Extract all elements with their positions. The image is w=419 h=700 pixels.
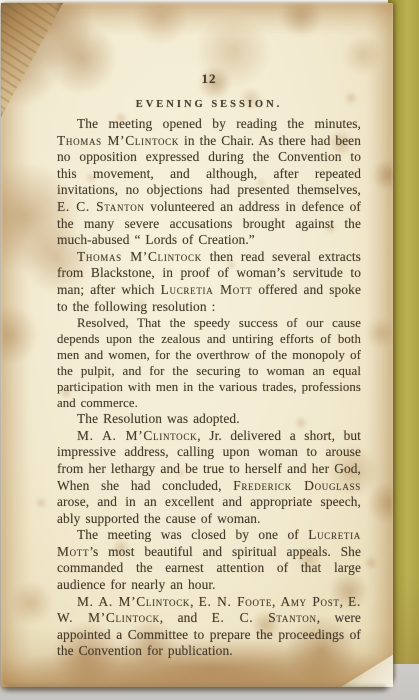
page-bottom-shadow xyxy=(6,686,386,691)
text-segment: The Resolution was adopted. xyxy=(77,411,240,426)
person-name: Lucretia Mott xyxy=(161,282,253,297)
paragraph: Resolved, That the speedy success of our… xyxy=(57,315,361,411)
text-segment: arose, and in an excellent and appropria… xyxy=(57,494,361,526)
person-name: Frederick Douglass xyxy=(233,478,361,493)
paragraph: Thomas M’Clintock then read several extr… xyxy=(57,249,361,315)
person-name: M. A. M’Clintock xyxy=(77,594,190,609)
paragraph: The meeting opened by reading the minute… xyxy=(57,116,361,249)
text-segment: Resolved, That the speedy success of our… xyxy=(57,316,361,410)
person-name: M. A. M’Clintock xyxy=(77,428,197,443)
paragraph: The meeting was closed by one of Lucreti… xyxy=(57,527,361,593)
person-name: E. C. Stanton xyxy=(57,199,145,214)
person-name: E. C. Stanton xyxy=(212,610,317,625)
person-name: E. N. Foote xyxy=(199,594,272,609)
text-segment: ’s most beautiful and spiritual appeals.… xyxy=(57,544,361,592)
book-page: 12 EVENING SESSION. The meeting opened b… xyxy=(1,3,393,687)
paragraph: M. A. M’Clintock, Jr. delivered a short,… xyxy=(57,428,361,528)
text-segment: , xyxy=(340,594,348,609)
section-heading: EVENING SESSION. xyxy=(57,99,361,110)
paragraph: The Resolution was adopted. xyxy=(57,411,361,428)
page-number: 12 xyxy=(57,71,361,87)
paragraph: M. A. M’Clintock, E. N. Foote, Amy Post,… xyxy=(57,594,361,660)
person-name: Amy Post xyxy=(280,594,339,609)
text-segment: The meeting was closed by one of xyxy=(77,527,308,542)
text-segment: , and xyxy=(160,610,212,625)
text-segment: , xyxy=(190,594,198,609)
page-paragraphs: The meeting opened by reading the minute… xyxy=(57,116,361,660)
person-name: Thomas M’Clintock xyxy=(77,249,202,264)
person-name: Thomas M’Clintock xyxy=(57,133,179,148)
text-segment: The meeting opened by reading the minute… xyxy=(77,116,361,131)
